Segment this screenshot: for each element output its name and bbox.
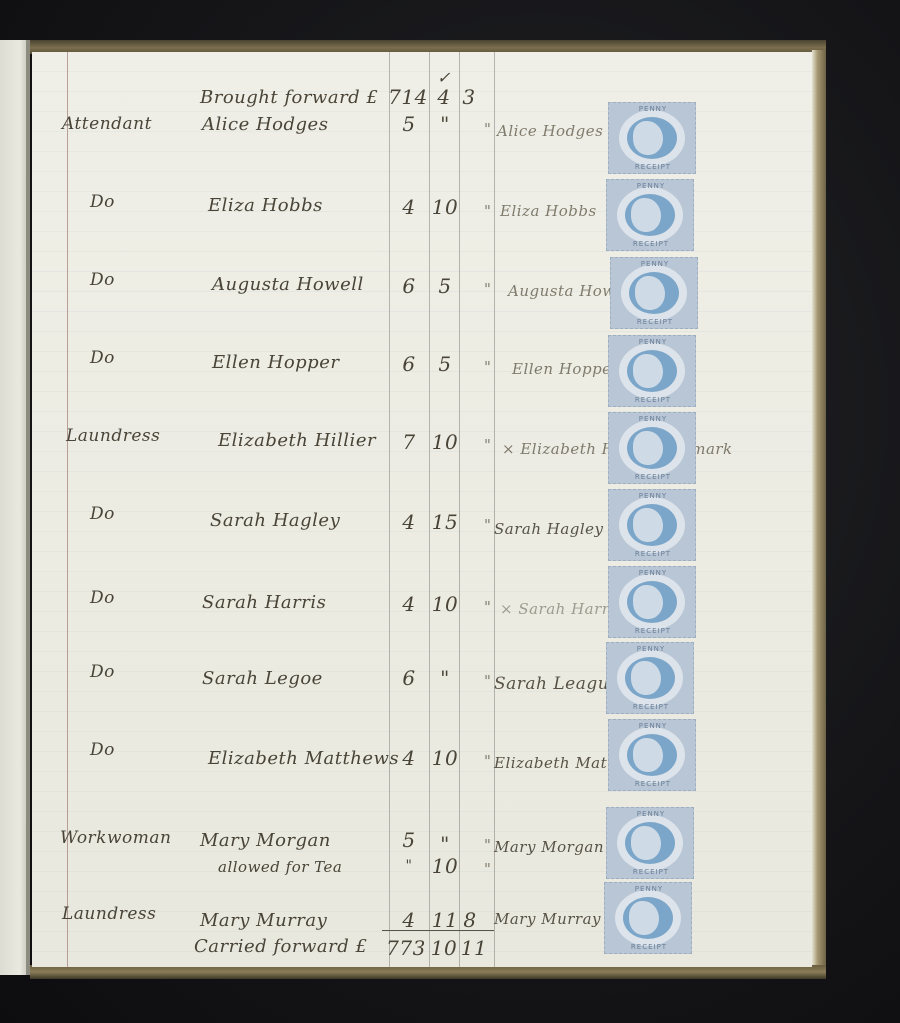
row-shillings: 5	[430, 274, 460, 298]
brought-forward-pence: 3	[459, 85, 479, 109]
row-signature: Sarah Hagley	[494, 520, 604, 538]
penny-receipt-stamp: PENNYRECEIPT	[606, 179, 694, 251]
book-cover-bottom-edge	[30, 965, 826, 979]
row-pence: 8	[458, 908, 482, 932]
row-pence-ditto: "	[484, 280, 491, 298]
penny-receipt-stamp: PENNYRECEIPT	[608, 335, 696, 407]
total-rule	[382, 930, 494, 931]
row-name: Mary Murray	[200, 910, 327, 931]
row-shillings: 10	[430, 195, 460, 219]
row-pounds-ditto: "	[394, 858, 424, 874]
penny-receipt-stamp: PENNYRECEIPT	[608, 412, 696, 484]
row-name: Elizabeth Matthews	[208, 748, 399, 769]
penny-receipt-stamp: PENNYRECEIPT	[608, 719, 696, 791]
row-pounds: 7	[394, 430, 424, 454]
row-name: Sarah Harris	[202, 592, 326, 613]
penny-receipt-stamp: PENNYRECEIPT	[604, 882, 692, 954]
row-role: Laundress	[62, 904, 156, 924]
book-gutter	[26, 40, 30, 975]
ledger-page: Brought forward £ 714 ✓ 4 3 Attendant Al…	[32, 52, 812, 967]
row-pence-ditto: "	[484, 202, 491, 220]
row-pence-ditto: "	[484, 516, 491, 534]
row-shillings: 5	[430, 352, 460, 376]
row-name: Sarah Legoe	[202, 668, 323, 689]
row-pounds: 6	[394, 274, 424, 298]
row-role: Do	[90, 192, 115, 212]
left-facing-page	[0, 40, 28, 975]
row-name: Mary Morgan	[200, 830, 331, 851]
row-shillings: 15	[430, 510, 460, 534]
row-name: Eliza Hobbs	[208, 195, 323, 216]
penny-receipt-stamp: PENNYRECEIPT	[608, 102, 696, 174]
row-shillings: "	[430, 666, 460, 690]
row-pounds: 4	[394, 195, 424, 219]
row-pence-ditto: "	[484, 752, 491, 770]
brought-forward-label: Brought forward £	[200, 87, 378, 108]
row-pounds: 5	[394, 112, 424, 136]
row-pence-ditto: "	[484, 860, 491, 878]
penny-receipt-stamp: PENNYRECEIPT	[608, 566, 696, 638]
row-note: allowed for Tea	[218, 858, 342, 876]
penny-receipt-stamp: PENNYRECEIPT	[610, 257, 698, 329]
row-pounds: 4	[394, 908, 424, 932]
signature-column-rule	[494, 52, 495, 967]
row-shillings: 10	[430, 854, 460, 878]
row-pounds: 4	[394, 746, 424, 770]
row-shillings: 10	[430, 746, 460, 770]
penny-receipt-stamp: PENNYRECEIPT	[606, 642, 694, 714]
penny-receipt-stamp: PENNYRECEIPT	[606, 807, 694, 879]
row-signature: Eliza Hobbs	[500, 202, 597, 220]
row-pounds: 4	[394, 510, 424, 534]
brought-forward-pounds: 714	[387, 85, 429, 109]
row-role: Do	[90, 504, 115, 524]
row-role: Workwoman	[60, 828, 171, 848]
row-name: Augusta Howell	[212, 274, 364, 295]
brought-forward-shillings: 4	[430, 85, 458, 109]
carried-forward-label: Carried forward £	[194, 936, 367, 957]
row-shillings: "	[430, 112, 460, 136]
row-pence-ditto: "	[484, 120, 491, 138]
row-pence-ditto: "	[484, 836, 491, 854]
row-pounds: 5	[394, 828, 424, 852]
row-shillings: "	[430, 832, 460, 856]
row-pence-ditto: "	[484, 672, 491, 690]
row-pence-ditto: "	[484, 598, 491, 616]
row-name: Ellen Hopper	[212, 352, 339, 373]
row-pounds: 6	[394, 666, 424, 690]
row-pounds: 4	[394, 592, 424, 616]
row-name: Elizabeth Hillier	[218, 430, 376, 451]
carried-forward-shillings: 10	[430, 936, 458, 960]
row-signature: Alice Hodges	[497, 122, 603, 140]
row-shillings: 10	[430, 430, 460, 454]
row-shillings: 11	[430, 908, 460, 932]
row-signature: Mary Morgan	[494, 838, 604, 856]
row-role: Laundress	[66, 426, 160, 446]
row-signature: Mary Murray	[494, 910, 601, 928]
row-pence-ditto: "	[484, 436, 491, 454]
pounds-column-rule	[389, 52, 390, 967]
row-name: Sarah Hagley	[210, 510, 340, 531]
row-role: Do	[90, 662, 115, 682]
row-role: Do	[90, 270, 115, 290]
carried-forward-pounds: 773	[384, 936, 428, 960]
book-cover-right-edge	[812, 50, 826, 975]
row-role: Do	[90, 588, 115, 608]
row-role: Do	[90, 740, 115, 760]
penny-receipt-stamp: PENNYRECEIPT	[608, 489, 696, 561]
row-signature: Sarah League	[494, 674, 620, 694]
carried-forward-pence: 11	[459, 936, 489, 960]
row-role: Do	[90, 348, 115, 368]
row-pounds: 6	[394, 352, 424, 376]
row-pence-ditto: "	[484, 358, 491, 376]
row-shillings: 10	[430, 592, 460, 616]
row-role: Attendant	[62, 114, 152, 134]
row-name: Alice Hodges	[202, 114, 328, 135]
row-signature: Ellen Hopper	[512, 360, 619, 378]
